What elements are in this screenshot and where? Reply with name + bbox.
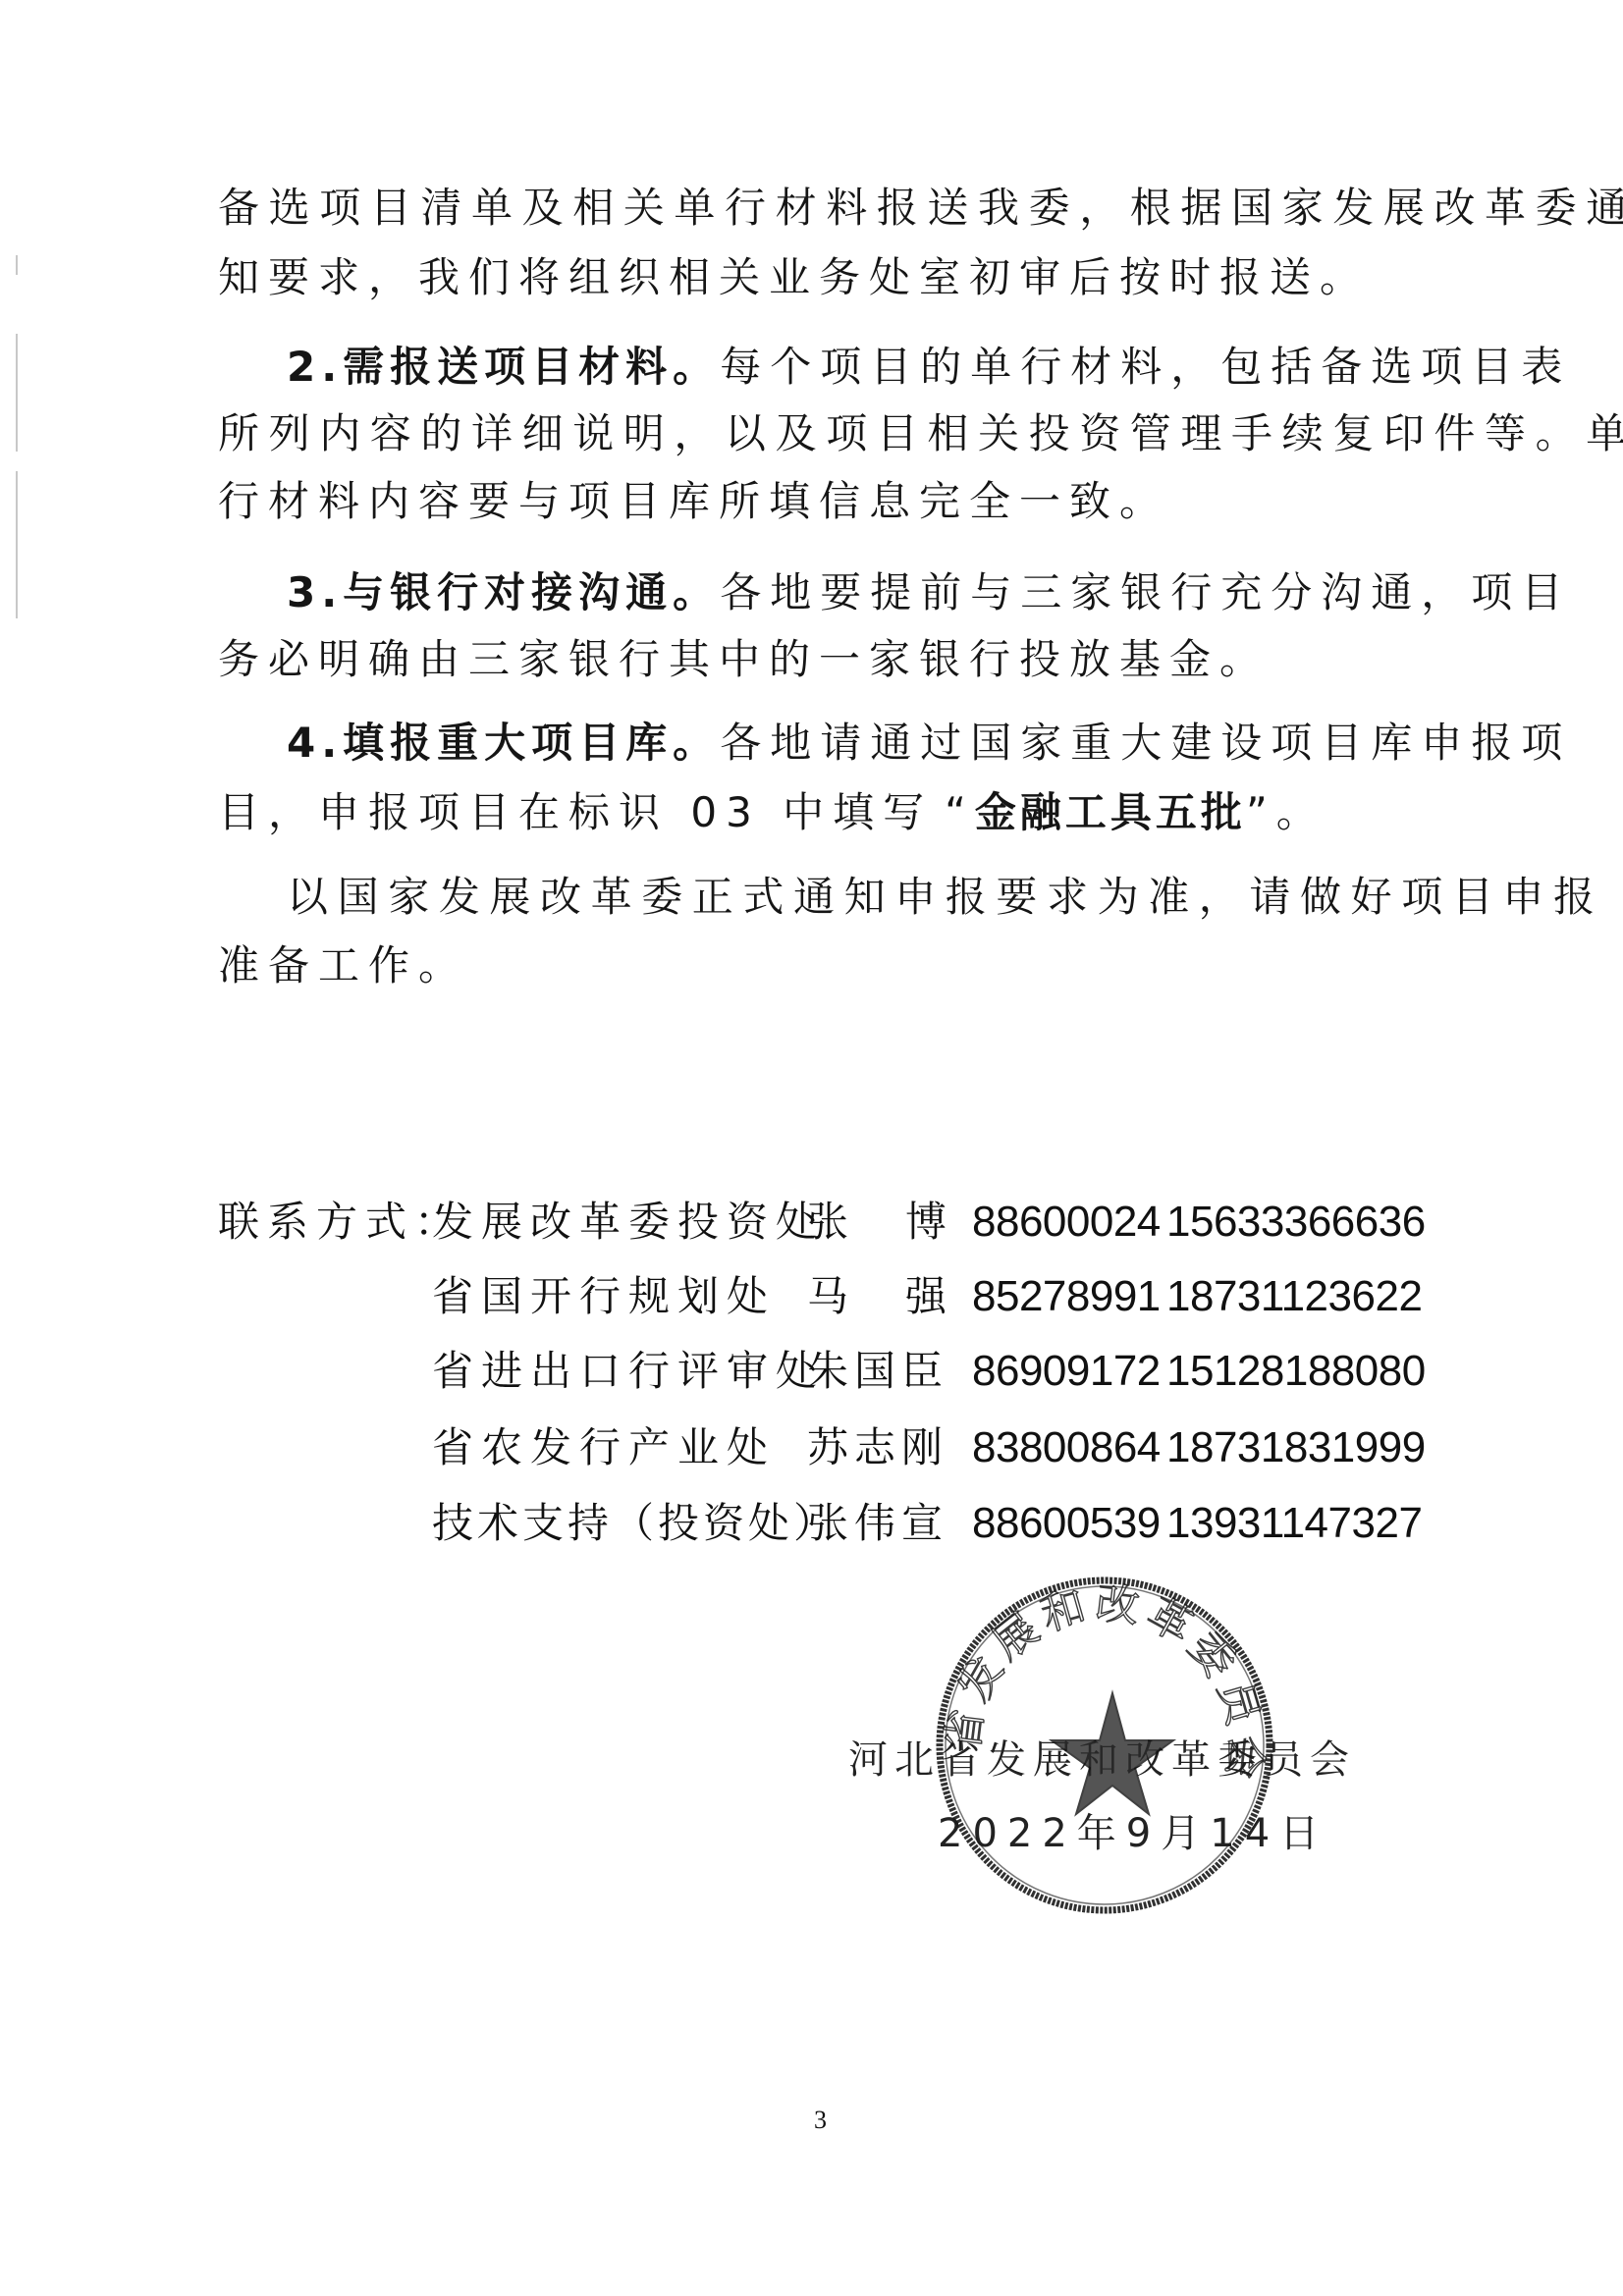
document-page: 备选项目清单及相关单行材料报送我委，根据国家发展改革委通 知要求，我们将组织相关… <box>0 0 1623 2296</box>
closing-line: 以国家发展改革委正式通知申报要求为准，请做好项目申报 <box>287 868 1406 927</box>
contact-tel: 88600024 <box>972 1193 1161 1252</box>
contact-dept: 技术支持（投资处） <box>432 1494 839 1553</box>
contact-tel: 85278991 <box>972 1267 1161 1326</box>
scan-artifact <box>16 255 18 275</box>
contact-dept: 省进出口行评审处 <box>432 1342 825 1401</box>
item-4-first-line: 4.填报重大项目库。各地请通过国家重大建设项目库申报项 <box>287 714 1475 773</box>
contact-row: 省国开行规划处 马强 85278991 18731123622 <box>0 1267 1623 1326</box>
item-4-heading: 4.填报重大项目库。 <box>287 719 720 767</box>
contact-mobile: 15128188080 <box>1166 1342 1426 1401</box>
quoted-batch-name: 金融工具五批 <box>975 788 1246 836</box>
item-3-heading: 3.与银行对接沟通。 <box>287 568 720 616</box>
body-text-line: 行材料内容要与项目库所填信息完全一致。 <box>218 472 1406 531</box>
item-2-heading: 2.需报送项目材料。 <box>287 343 720 391</box>
contact-mobile: 15633366636 <box>1166 1193 1426 1252</box>
item-4-text-continued: 目，申报项目在标识 03 中填写 <box>218 788 933 836</box>
contact-name: 朱国臣 <box>807 1342 948 1401</box>
item-2-text: 每个项目的单行材料，包括备选项目表 <box>720 343 1571 391</box>
quote-open: “ <box>945 788 975 836</box>
item-3-text: 各地要提前与三家银行充分沟通，项目 <box>720 568 1571 616</box>
closing-line: 准备工作。 <box>218 936 1406 995</box>
contact-mobile: 13931147327 <box>1166 1494 1422 1553</box>
quote-close: ”。 <box>1246 788 1326 836</box>
contact-name: 苏志刚 <box>807 1418 948 1477</box>
contact-dept: 发展改革委投资处 <box>432 1193 825 1252</box>
item-2-first-line: 2.需报送项目材料。每个项目的单行材料，包括备选项目表 <box>287 338 1475 397</box>
contact-tel: 86909172 <box>972 1342 1161 1401</box>
contact-dept: 省国开行规划处 <box>432 1267 776 1326</box>
contact-mobile: 18731123622 <box>1166 1267 1422 1326</box>
contact-row: 省农发行产业处 苏志刚 83800864 18731831999 <box>0 1418 1623 1477</box>
scan-artifact <box>16 334 18 452</box>
contact-row: 省进出口行评审处 朱国臣 86909172 15128188080 <box>0 1342 1623 1401</box>
scan-artifact <box>16 471 18 618</box>
official-seal-icon: 省发展和改革委员会 <box>928 1566 1281 1924</box>
contact-mobile: 18731831999 <box>1166 1418 1426 1477</box>
contact-row: 联系方式： 发展改革委投资处 张博 88600024 15633366636 <box>0 1193 1623 1252</box>
body-text-line: 备选项目清单及相关单行材料报送我委，根据国家发展改革委通 <box>218 179 1406 238</box>
body-text-line: 务必明确由三家银行其中的一家银行投放基金。 <box>218 630 1406 689</box>
contact-row: 技术支持（投资处） 张伟宣 88600539 13931147327 <box>0 1494 1623 1553</box>
body-text-line: 所列内容的详细说明，以及项目相关投资管理手续复印件等。单 <box>218 404 1406 463</box>
contact-name: 张伟宣 <box>807 1494 948 1553</box>
contact-dept: 省农发行产业处 <box>432 1418 776 1477</box>
body-text-line: 知要求，我们将组织相关业务处室初审后按时报送。 <box>218 248 1406 307</box>
item-3-first-line: 3.与银行对接沟通。各地要提前与三家银行充分沟通，项目 <box>287 563 1475 622</box>
item-4-second-line: 目，申报项目在标识 03 中填写“金融工具五批”。 <box>218 783 1406 842</box>
item-4-text: 各地请通过国家重大建设项目库申报项 <box>720 719 1571 767</box>
page-number: 3 <box>814 2106 827 2135</box>
contact-label: 联系方式： <box>218 1193 463 1252</box>
contact-tel: 83800864 <box>972 1418 1161 1477</box>
contact-tel: 88600539 <box>972 1494 1161 1553</box>
